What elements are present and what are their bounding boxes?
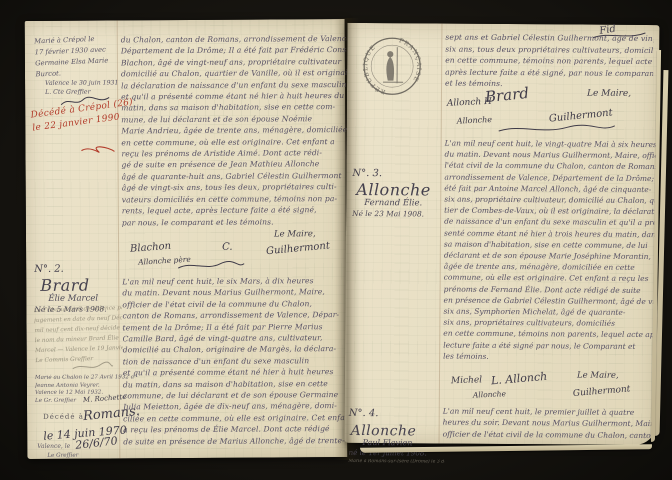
handwritten-line: l'état civil de la commune du Chalon, ca… [444,160,656,173]
handwritten-line: Marie Andrieu, âgée de trente ans, ménag… [121,124,347,137]
clerk-label: Le Greffier [47,453,78,459]
handwritten-line: par nous, le comparant et les témoins. [122,216,348,229]
svg-text:FRANÇAISE: FRANÇAISE [398,37,423,83]
act3-heading: N°. 3. Allonche Fernand Élie. Né le 23 M… [352,161,442,219]
le-maire-label: Le Maire, [274,229,316,239]
handwritten-line: sept ans et Gabriel Célestin Guilhermont… [445,32,653,45]
le-maire-label: Le Maire, [577,371,619,381]
handwritten-line: et qu'il a présenté comme étant né hier … [123,366,349,379]
handwritten-line: rents, lequel acte, après lecture faite … [122,204,348,217]
handwritten-line: officier de l'état civil de la commune d… [443,428,655,441]
act-given-names: Fernand Élie. [364,198,442,209]
handwritten-line: commune, où elle est originaire. Cet enf… [444,272,656,285]
signature-initial: C. [222,242,233,253]
signature-michel: Michel [451,375,482,386]
pencil-flourish [71,360,115,372]
right-page: Fid RÉPUBLIQUE FRANÇAISE [345,23,660,445]
signature-blachon: Blachon [130,241,172,255]
act-surname: Allonche [351,423,417,439]
register-photo: Marié à Crépol le17 février 1930 avecGer… [0,0,672,480]
handwritten-line: âgé de vingt-six ans, tous les deux, pro… [122,181,348,194]
handwritten-line: canton de Romans, arrondissement de Vale… [122,309,348,322]
act-surname: Allonche [356,180,431,200]
handwritten-line: du matin. Devant nous Marius Guilhermont… [122,286,348,299]
signature-l-allonch: L. Allonch [491,370,548,387]
act4-text: L'an mil neuf cent huit, le premier juil… [443,406,655,441]
handwritten-line: Valence le 30 juin 1931 [45,78,129,88]
handwritten-line: de suite en présence de Marius Allonche,… [123,435,349,448]
signature-flourish [497,122,617,137]
act-number: N°. 2. [34,264,64,275]
handwritten-line: Marié au Chalon le 27 Avril 1932 avec Eu… [35,374,135,382]
handwritten-line: de naissance d'un enfant du sexe masculi… [444,216,656,229]
signature-flourish [176,260,246,272]
clerk-place: Valence, le [37,443,70,450]
signature-guilhermont: Guilhermont [266,240,331,257]
margin-note-death-2: Décédé à Romans. le 14 juin 1970 Valence… [25,19,345,21]
signature-allonche: Allonche [457,115,493,126]
handwritten-line: a reçu les prénoms de Élie Marcel. Dont … [123,423,349,436]
signature-allonche: Allonche [473,389,506,399]
book-gutter [334,18,360,460]
left-page: Marié à Crépol le17 février 1930 avecGer… [25,19,348,459]
signature-brard: Brard [484,84,529,106]
signature-guilhermont: Guilhermont [573,384,631,399]
margin-rule-right [439,24,443,444]
act4-heading: N°. 4. Allonche Paul Flavien né le 1er j… [348,401,444,465]
death-stamp-text: Décédé à [43,413,84,421]
act-given-names: Élie Marcel [48,293,124,303]
act2-end-text: sept ans et Gabriel Célestin Guilhermont… [445,32,653,91]
republique-francaise-seal: RÉPUBLIQUE FRANÇAISE [361,35,423,97]
handwritten-line: les témoins. [443,350,655,363]
margin-note-marriage-1: Marié à Crépol le17 février 1930 avecGer… [34,33,122,80]
act-birth-date: Né le 23 Mai 1908. [352,209,442,219]
act4-margin-note: Marié à Romans-sur-Isère (Drôme) le 3 dé… [348,459,444,465]
act3-text: L'an mil neuf cent huit, le vingt-quatre… [443,138,657,364]
handwritten-line: heures du soir. Devant nous Marius Guilh… [443,417,655,430]
act1-signatures: Le Maire, Blachon C. Guilhermont Allonch… [25,19,345,21]
act1-continuation-text: du Chalon, canton de Romans, arrondissem… [121,33,348,228]
act-surname: Brard [40,276,89,295]
margin-note-judgment-pencil: Le Tribunal civil de Valence parjugement… [34,303,124,366]
handwritten-line: domicilié au Chalon, quartier de Vanille… [121,67,347,80]
act2-text: L'an mil neuf cent huit, le six Mars, à … [122,275,349,447]
le-maire-label: Le Maire, [587,89,631,99]
red-flourish [77,142,117,158]
handwritten-line: matin, dans sa maison d'habitation, sise… [121,101,347,114]
seal-figure [383,47,403,83]
handwritten-line: domicilié au Chalon, originaire de Margè… [123,343,349,356]
seal-text-right: FRANÇAISE [398,37,423,83]
